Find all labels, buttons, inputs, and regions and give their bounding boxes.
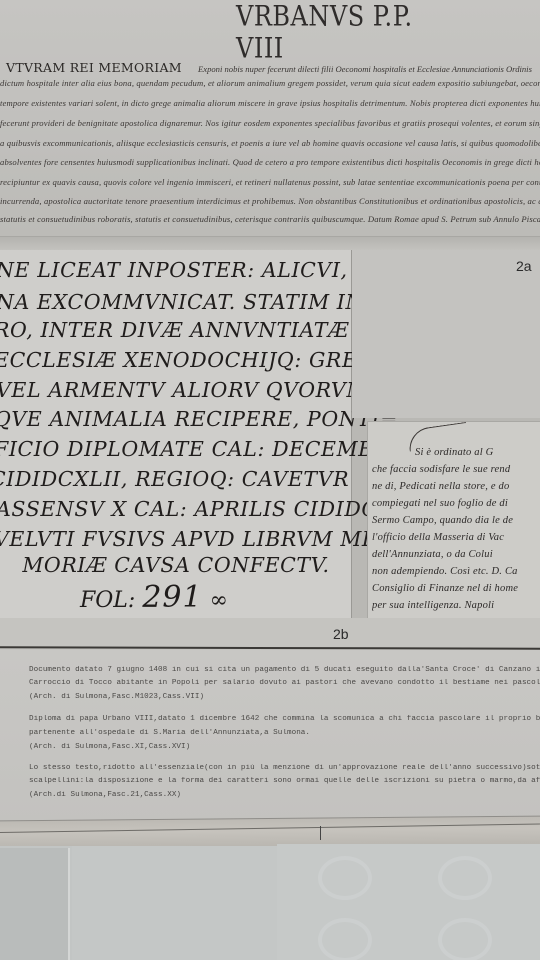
inscription-line: VELVTI FVSIVS APVD LIBRVM ME=	[0, 527, 395, 551]
diploma-line: a quibusvis excommunicationis, aliisque …	[0, 138, 540, 148]
folio-reference: FOL: 291 ∞	[80, 580, 228, 615]
flourish-icon: ∞	[210, 588, 228, 613]
caption-line: Carroccio di Tocco abitante in Popoli pe…	[29, 679, 540, 687]
display-divider	[0, 236, 540, 250]
panel-footer-strip	[0, 618, 540, 650]
caption-line: Lo stesso testo,ridotto all'essenziale(c…	[29, 764, 540, 772]
inscription-line: MORIÆ CAVSA CONFECTV.	[0, 553, 352, 577]
wall-reflection	[438, 856, 492, 900]
panel-2a-label: 2a	[516, 258, 532, 274]
panel-2a	[352, 250, 540, 418]
letter-line: compiegati nel suo foglio de di	[372, 498, 540, 509]
wall-panel-right	[277, 844, 540, 960]
caption-line: Diploma di papa Urbano VIII,datato 1 dic…	[29, 715, 540, 723]
caption-reference: (Arch. di Sulmona,Fasc.M1023,Cass.VII)	[29, 693, 540, 701]
inscription-line: FICIO DIPLOMATE CAL: DECEMB:	[0, 437, 381, 461]
caption-line: scalpellini:la disposizione e la forma d…	[29, 777, 540, 785]
letter-line: ne di, Pedicati nella store, e do	[372, 481, 540, 492]
inscription-line: NA EXCOMMVNICAT. STATIM INCVR	[0, 290, 412, 314]
rail-tick	[320, 826, 321, 840]
inscription-line: QVE ANIMALIA RECIPERE, PONTI=	[0, 407, 398, 431]
inscription-line: CIDIDCXLII, REGIOQ: CAVETVR	[0, 467, 349, 491]
caption-line: Documento datato 7 giugno 1408 in cui si…	[29, 666, 540, 674]
wall-panel-middle	[72, 846, 277, 960]
letter-line: non adempiendo. Così etc. D. Ca	[372, 566, 540, 577]
letter-line: Si è ordinato al G	[415, 447, 540, 458]
inscription-line: RO, INTER DIVÆ ANNVNTIATÆ	[0, 318, 349, 342]
caption-reference: (Arch.di Sulmona,Fasc.21,Cass.XX)	[29, 791, 540, 799]
letter-line: dell'Annunziata, o da Colui	[372, 549, 540, 560]
letter-line: Sermo Campo, quando dia le de	[372, 515, 540, 526]
caption-sheet	[0, 650, 540, 826]
diploma-line: absolventes fore censentes huiusmodi sup…	[0, 157, 540, 167]
inscription-line: NE LICEAT INPOSTER: ALICVI, PŒ	[0, 258, 393, 282]
letter-line: che faccia sodisfare le sue rend	[372, 464, 540, 475]
letter-line: Consiglio di Finanze nel di home	[372, 583, 540, 594]
diploma-line: dictum hospitale inter alia eius bona, q…	[0, 78, 540, 88]
diploma-heading: VTVRAM REI MEMORIAM	[6, 60, 182, 75]
diploma-title: VRBANVS P.P. VIII	[236, 0, 436, 64]
inscription-line: VEL ARMENTV ALIORV QVORVMCV	[0, 378, 400, 402]
folio-number: 291	[142, 580, 202, 615]
wall-reflection	[318, 856, 372, 900]
caption-reference: (Arch. di Sulmona,Fasc.XI,Cass.XVI)	[29, 743, 540, 751]
folio-prefix: FOL:	[80, 588, 135, 613]
caption-line: partenente all'ospedale di S.Maria dell'…	[29, 729, 540, 737]
diploma-heading-continuation: Exponi nobis nuper fecerunt dilecti fili…	[198, 64, 532, 74]
diploma-line: recipiuntur ex quavis causa, quovis colo…	[0, 177, 540, 187]
inscription-line: ECCLESIÆ XENODOCHIJQ: GREGE,	[0, 348, 397, 372]
panel-2b-label: 2b	[333, 626, 349, 642]
wall-reflection	[318, 918, 372, 960]
diploma-line: statutis et consuetudinibus roboratis, s…	[0, 214, 540, 224]
letter-line: l'officio della Masseria di Vac	[372, 532, 540, 543]
letter-line: per sua intelligenza. Napoli	[372, 600, 540, 611]
wall-reflection	[438, 918, 492, 960]
diploma-line: incurrenda, apostolica auctoritate tenor…	[0, 196, 540, 206]
wall-panel-left	[0, 848, 70, 960]
diploma-line: tempore existentes variari solent, in di…	[0, 98, 540, 108]
diploma-line: fecerunt provideri de benignitate aposto…	[0, 118, 540, 128]
